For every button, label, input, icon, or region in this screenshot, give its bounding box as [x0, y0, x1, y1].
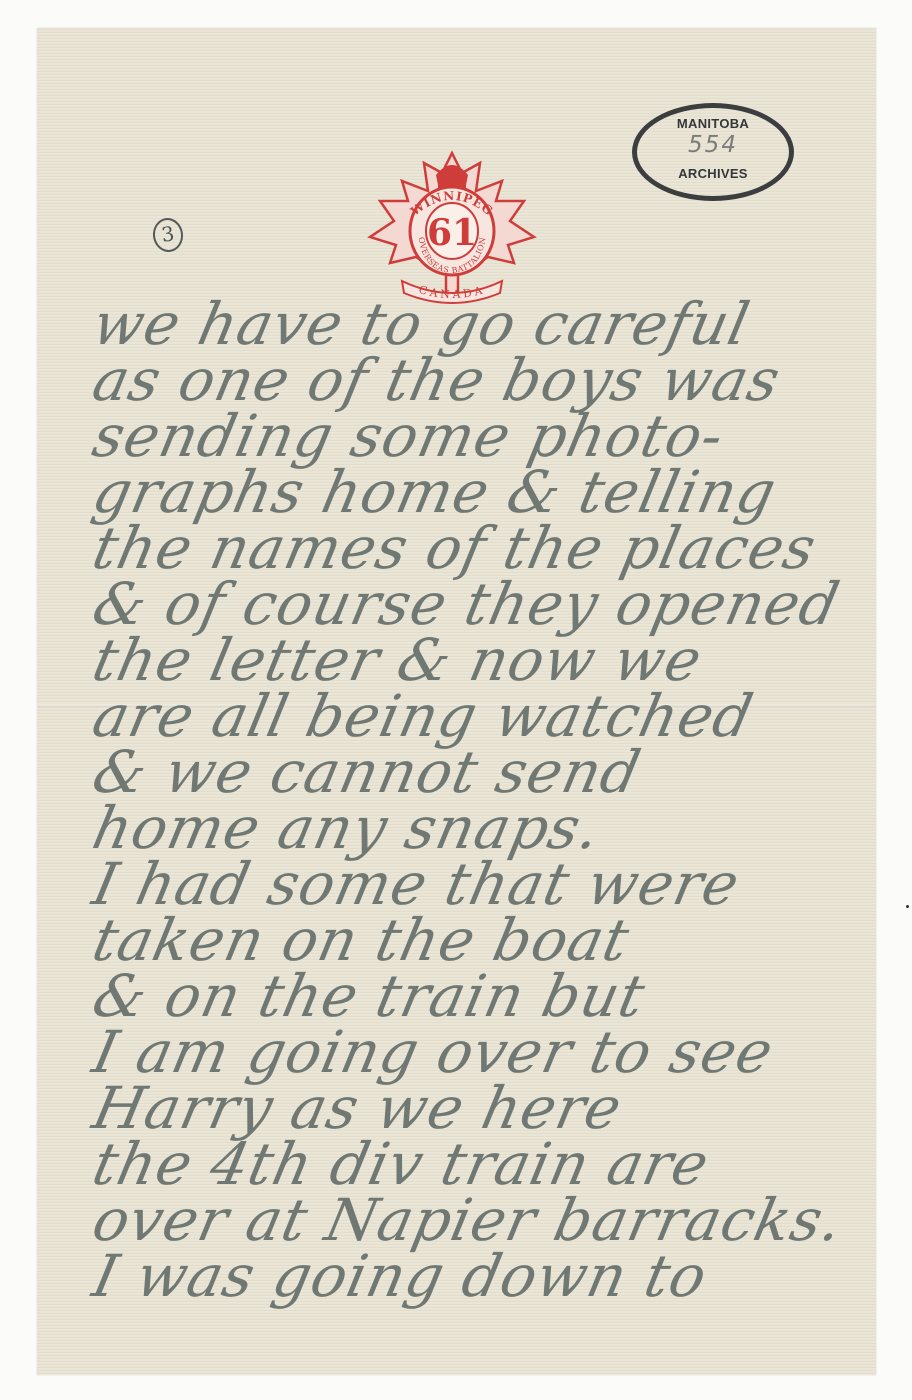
- handwritten-line: I was going down to: [87, 1242, 713, 1310]
- maple-leaf-crest-icon: WINNIPEG OVERSEAS BATTALION 61 CANADA: [362, 145, 542, 305]
- manitoba-archives-stamp: MANITOBA 554 ARCHIVES: [632, 103, 794, 201]
- letter-paper: WINNIPEG OVERSEAS BATTALION 61 CANADA MA…: [37, 28, 876, 1375]
- stamp-catalog-number: 554: [637, 132, 789, 158]
- stamp-top-text: MANITOBA: [637, 116, 789, 131]
- circled-page-number: 3: [151, 216, 185, 254]
- dust-speck: [906, 905, 909, 908]
- crest-battalion-number: 61: [427, 212, 477, 254]
- battalion-crest-letterhead: WINNIPEG OVERSEAS BATTALION 61 CANADA: [362, 145, 542, 305]
- stamp-bottom-text: ARCHIVES: [637, 166, 789, 181]
